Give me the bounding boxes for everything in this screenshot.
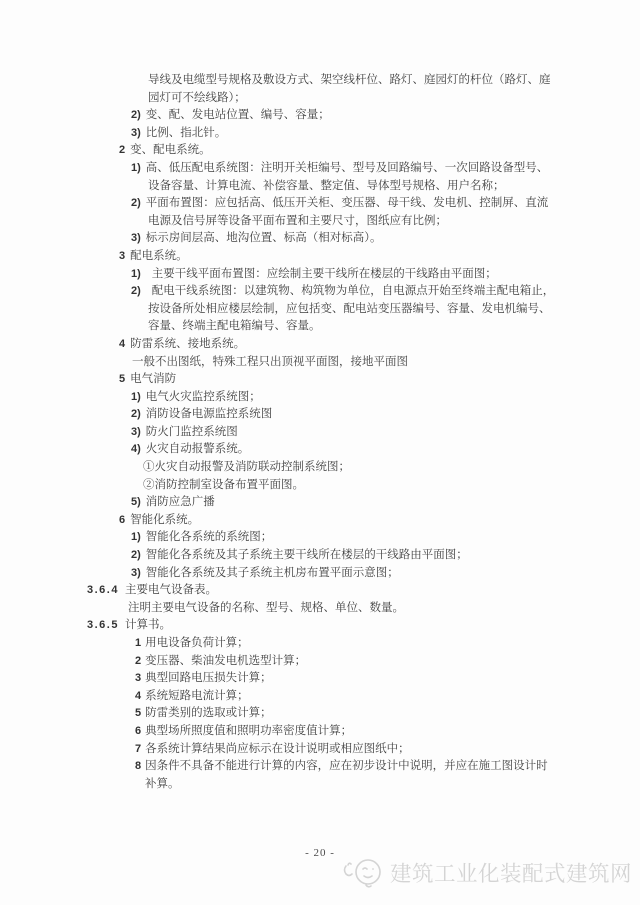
line-text: 容量、终端主配电箱编号、容量。 <box>148 320 321 332</box>
document-line: 5电气消防 <box>0 371 640 389</box>
line-text: 消防应急广播 <box>146 496 215 508</box>
document-line: 电源及信号屏等设备平面布置和主要尺寸，图纸应有比例； <box>0 213 640 231</box>
watermark-text: 建筑工业化装配式建筑网 <box>390 857 632 888</box>
line-text: 一般不出图纸，特殊工程只出顶视平面图，接地平面图 <box>132 356 408 368</box>
line-text: 火灾自动报警系统。 <box>146 443 250 455</box>
line-marker: 1) <box>131 268 141 280</box>
line-text: 配电干线系统图：以建筑物、构筑物为单位，自电源点开始至终端主配电箱止， <box>152 285 555 297</box>
line-marker: 4) <box>131 443 141 455</box>
line-marker: 2) <box>131 408 141 420</box>
line-marker: 2) <box>131 285 141 297</box>
line-text: 典型场所照度值和照明功率密度值计算； <box>145 725 352 737</box>
line-marker: 2) <box>131 109 141 121</box>
line-marker: 8 <box>135 760 141 772</box>
document-line: 6智能化系统。 <box>0 512 640 530</box>
document-page: 导线及电缆型号规格及敷设方式、架空线杆位、路灯、庭园灯的杆位（路灯、庭园灯可不绘… <box>0 0 640 905</box>
document-line: 3)智能化各系统及其子系统主机房布置平面示意图； <box>0 565 640 583</box>
line-marker: 2) <box>131 197 141 209</box>
line-marker: 7 <box>135 743 141 755</box>
line-marker: 6 <box>119 514 125 526</box>
line-text: 比例、指北针。 <box>146 127 227 139</box>
document-line: 3)比例、指北针。 <box>0 125 640 143</box>
document-line: 2)智能化各系统及其子系统主要干线所在楼层的干线路由平面图； <box>0 547 640 565</box>
document-line: 4防雷系统、接地系统。 <box>0 336 640 354</box>
line-text: 平面布置图：应包括高、低压开关柜、变压器、母干线、发电机、控制屏、直流 <box>146 197 549 209</box>
line-marker: 4 <box>119 338 125 350</box>
document-line: 补算。 <box>0 776 640 794</box>
line-marker: 1 <box>135 637 141 649</box>
line-text: 典型回路电压损失计算； <box>145 672 272 684</box>
document-line: 3)标示房间层高、地沟位置、标高（相对标高）。 <box>0 230 640 248</box>
line-text: 用电设备负荷计算； <box>145 637 249 649</box>
document-line: 导线及电缆型号规格及敷设方式、架空线杆位、路灯、庭园灯的杆位（路灯、庭 <box>0 72 640 90</box>
document-line: 注明主要电气设备的名称、型号、规格、单位、数量。 <box>0 600 640 618</box>
line-text: 各系统计算结果尚应标示在设计说明或相应图纸中； <box>145 743 410 755</box>
line-text: 智能化各系统及其子系统主要干线所在楼层的干线路由平面图； <box>146 549 468 561</box>
line-text: 园灯可不绘线路）； <box>148 92 246 104</box>
watermark: 建筑工业化装配式建筑网 <box>340 852 632 892</box>
line-marker: 5) <box>131 496 141 508</box>
document-line: 2)平面布置图：应包括高、低压开关柜、变压器、母干线、发电机、控制屏、直流 <box>0 195 640 213</box>
document-line: 3配电系统。 <box>0 248 640 266</box>
line-marker: 3) <box>131 127 141 139</box>
line-text: 电源及信号屏等设备平面布置和主要尺寸，图纸应有比例； <box>148 215 447 227</box>
line-marker: 6 <box>135 725 141 737</box>
document-line: 按设备所处相应楼层绘制，应包括变、配电站变压器编号、容量、发电机编号、 <box>0 301 640 319</box>
line-text: 主要电气设备表。 <box>125 584 217 596</box>
document-line: 一般不出图纸，特殊工程只出顶视平面图，接地平面图 <box>0 354 640 372</box>
line-text: 变、配、发电站位置、编号、容量； <box>146 109 330 121</box>
document-line: 7各系统计算结果尚应标示在设计说明或相应图纸中； <box>0 741 640 759</box>
line-text: 系统短路电流计算； <box>145 690 249 702</box>
document-line: 1)主要干线平面布置图：应绘制主要干线所在楼层的干线路由平面图； <box>0 266 640 284</box>
document-line: 1)智能化各系统的系统图； <box>0 529 640 547</box>
line-text: 设备容量、计算电流、补偿容量、整定值、导体型号规格、用户名称； <box>148 180 505 192</box>
line-marker: 3) <box>131 426 141 438</box>
line-text: 补算。 <box>145 778 180 790</box>
line-text: 导线及电缆型号规格及敷设方式、架空线杆位、路灯、庭园灯的杆位（路灯、庭 <box>148 74 551 86</box>
mascot-face-icon <box>340 852 388 892</box>
document-line: 6典型场所照度值和照明功率密度值计算； <box>0 723 640 741</box>
line-text: 防雷类别的选取或计算； <box>145 707 272 719</box>
document-line: 4系统短路电流计算； <box>0 688 640 706</box>
line-marker: 1) <box>131 391 141 403</box>
document-line: 8因条件不具备不能进行计算的内容，应在初步设计中说明，并应在施工图设计时 <box>0 758 640 776</box>
document-line: 2变压器、柴油发电机选型计算； <box>0 653 640 671</box>
line-text: 变压器、柴油发电机选型计算； <box>145 655 306 667</box>
line-text: ②消防控制室设备布置平面图。 <box>143 479 304 491</box>
line-text: 主要干线平面布置图：应绘制主要干线所在楼层的干线路由平面图； <box>152 268 497 280</box>
line-text: 计算书。 <box>125 619 171 631</box>
line-text: 防火门监控系统图 <box>146 426 238 438</box>
line-marker: 3 <box>135 672 141 684</box>
document-line: 5防雷类别的选取或计算； <box>0 705 640 723</box>
line-marker: 4 <box>135 690 141 702</box>
document-line: 4)火灾自动报警系统。 <box>0 441 640 459</box>
line-text: 防雷系统、接地系统。 <box>130 338 245 350</box>
document-line: 1)电气火灾监控系统图； <box>0 389 640 407</box>
document-line: ①火灾自动报警及消防联动控制系统图； <box>0 459 640 477</box>
line-text: 消防设备电源监控系统图 <box>146 408 273 420</box>
line-text: 变、配电系统。 <box>130 144 211 156</box>
document-line: 3典型回路电压损失计算； <box>0 670 640 688</box>
line-marker: 3.6.5 <box>87 619 119 631</box>
line-marker: 3 <box>119 250 125 262</box>
line-text: 标示房间层高、地沟位置、标高（相对标高）。 <box>146 232 382 244</box>
line-text: 智能化系统。 <box>130 514 199 526</box>
document-line: 容量、终端主配电箱编号、容量。 <box>0 318 640 336</box>
document-line: 2)变、配、发电站位置、编号、容量； <box>0 107 640 125</box>
document-line: 1)高、低压配电系统图：注明开关柜编号、型号及回路编号、一次回路设备型号、 <box>0 160 640 178</box>
document-line: 3)防火门监控系统图 <box>0 424 640 442</box>
document-line: 园灯可不绘线路）； <box>0 90 640 108</box>
line-text: 配电系统。 <box>130 250 188 262</box>
document-line: 2变、配电系统。 <box>0 142 640 160</box>
line-text: 电气消防 <box>130 373 176 385</box>
line-marker: 1) <box>131 162 141 174</box>
document-line: 1用电设备负荷计算； <box>0 635 640 653</box>
line-text: 电气火灾监控系统图； <box>146 391 261 403</box>
line-text: 高、低压配电系统图：注明开关柜编号、型号及回路编号、一次回路设备型号、 <box>146 162 549 174</box>
line-marker: 3.6.4 <box>87 584 119 596</box>
document-line: 5)消防应急广播 <box>0 494 640 512</box>
line-marker: 2) <box>131 549 141 561</box>
document-body: 导线及电缆型号规格及敷设方式、架空线杆位、路灯、庭园灯的杆位（路灯、庭园灯可不绘… <box>0 72 640 793</box>
line-marker: 1) <box>131 531 141 543</box>
line-marker: 2 <box>119 144 125 156</box>
line-marker: 2 <box>135 655 141 667</box>
line-text: 注明主要电气设备的名称、型号、规格、单位、数量。 <box>128 602 404 614</box>
document-line: 设备容量、计算电流、补偿容量、整定值、导体型号规格、用户名称； <box>0 178 640 196</box>
document-line: 2)配电干线系统图：以建筑物、构筑物为单位，自电源点开始至终端主配电箱止， <box>0 283 640 301</box>
document-line: 2)消防设备电源监控系统图 <box>0 406 640 424</box>
line-text: 智能化各系统的系统图； <box>146 531 273 543</box>
line-text: ①火灾自动报警及消防联动控制系统图； <box>143 461 350 473</box>
line-marker: 5 <box>135 707 141 719</box>
line-marker: 3) <box>131 232 141 244</box>
line-marker: 5 <box>119 373 125 385</box>
line-text: 按设备所处相应楼层绘制，应包括变、配电站变压器编号、容量、发电机编号、 <box>148 303 551 315</box>
line-marker: 3) <box>131 567 141 579</box>
line-text: 因条件不具备不能进行计算的内容，应在初步设计中说明，并应在施工图设计时 <box>145 760 548 772</box>
document-line: ②消防控制室设备布置平面图。 <box>0 477 640 495</box>
line-text: 智能化各系统及其子系统主机房布置平面示意图； <box>146 567 399 579</box>
document-line: 3.6.4主要电气设备表。 <box>0 582 640 600</box>
document-line: 3.6.5计算书。 <box>0 617 640 635</box>
